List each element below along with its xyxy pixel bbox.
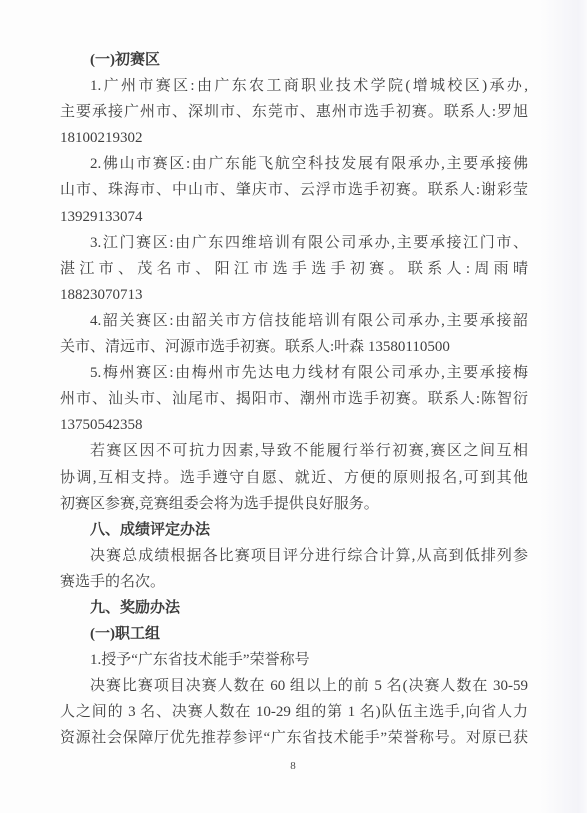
document-page: (一)初赛区 1.广州市赛区:由广东农工商职业技术学院(增城校区)承办, 主要承… — [0, 0, 587, 813]
doc-line: 4.韶关赛区:由韶关市方信技能培训有限公司承办,主要承接韶 — [60, 308, 528, 334]
doc-line-phone: 13750542358 — [60, 412, 528, 438]
doc-line: 州市、汕头市、汕尾市、揭阳市、潮州市选手初赛。联系人:陈智衍 — [60, 386, 528, 412]
doc-line: 决赛总成绩根据各比赛项目评分进行综合计算,从高到低排列参 — [60, 543, 528, 569]
doc-line: 资源社会保障厅优先推荐参评“广东省技术能手”荣誉称号。对原已获 — [60, 725, 528, 751]
section-heading-scoring-method: 八、成绩评定办法 — [60, 517, 528, 543]
text-block: (一)初赛区 1.广州市赛区:由广东农工商职业技术学院(增城校区)承办, 主要承… — [60, 47, 528, 752]
doc-line-phone: 13929133074 — [60, 204, 528, 230]
section-heading-worker-group: (一)职工组 — [60, 621, 528, 647]
doc-line-phone: 18823070713 — [60, 282, 528, 308]
doc-line: 山市、珠海市、中山市、肇庆市、云浮市选手初赛。联系人:谢彩莹 — [60, 177, 528, 203]
doc-line: 主要承接广州市、深圳市、东莞市、惠州市选手初赛。联系人:罗旭 — [60, 99, 528, 125]
doc-line: 3.江门赛区:由广东四维培训有限公司承办,主要承接江门市、 — [60, 230, 528, 256]
section-heading-preliminary-zones: (一)初赛区 — [60, 47, 528, 73]
doc-line: 1.授予“广东省技术能手”荣誉称号 — [60, 647, 528, 673]
doc-line: 若赛区因不可抗力因素,导致不能履行举行初赛,赛区之间互相 — [60, 438, 528, 464]
doc-line: 赛选手的名次。 — [60, 569, 528, 595]
doc-line: 协调,互相支持。选手遵守自愿、就近、方便的原则报名,可到其他 — [60, 465, 528, 491]
section-heading-award-method: 九、奖励办法 — [60, 595, 528, 621]
doc-line: 人之间的 3 名、决赛人数在 10-29 组的第 1 名)队伍主选手,向省人力 — [60, 699, 528, 725]
doc-line: 1.广州市赛区:由广东农工商职业技术学院(增城校区)承办, — [60, 73, 528, 99]
doc-line: 5.梅州赛区:由梅州市先达电力线材有限公司承办,主要承接梅 — [60, 360, 528, 386]
page-number: 8 — [0, 760, 587, 772]
doc-line-phone: 18100219302 — [60, 125, 528, 151]
doc-line: 2.佛山市赛区:由广东能飞航空科技发展有限承办,主要承接佛 — [60, 151, 528, 177]
doc-line: 湛江市、茂名市、阳江市选手选手初赛。联系人:周雨晴 — [60, 256, 528, 282]
doc-line: 关市、清远市、河源市选手初赛。联系人:叶森 13580110500 — [60, 334, 528, 360]
doc-line: 初赛区参赛,竞赛组委会将为选手提供良好服务。 — [60, 491, 528, 517]
doc-line: 决赛比赛项目决赛人数在 60 组以上的前 5 名(决赛人数在 30-59 — [60, 673, 528, 699]
